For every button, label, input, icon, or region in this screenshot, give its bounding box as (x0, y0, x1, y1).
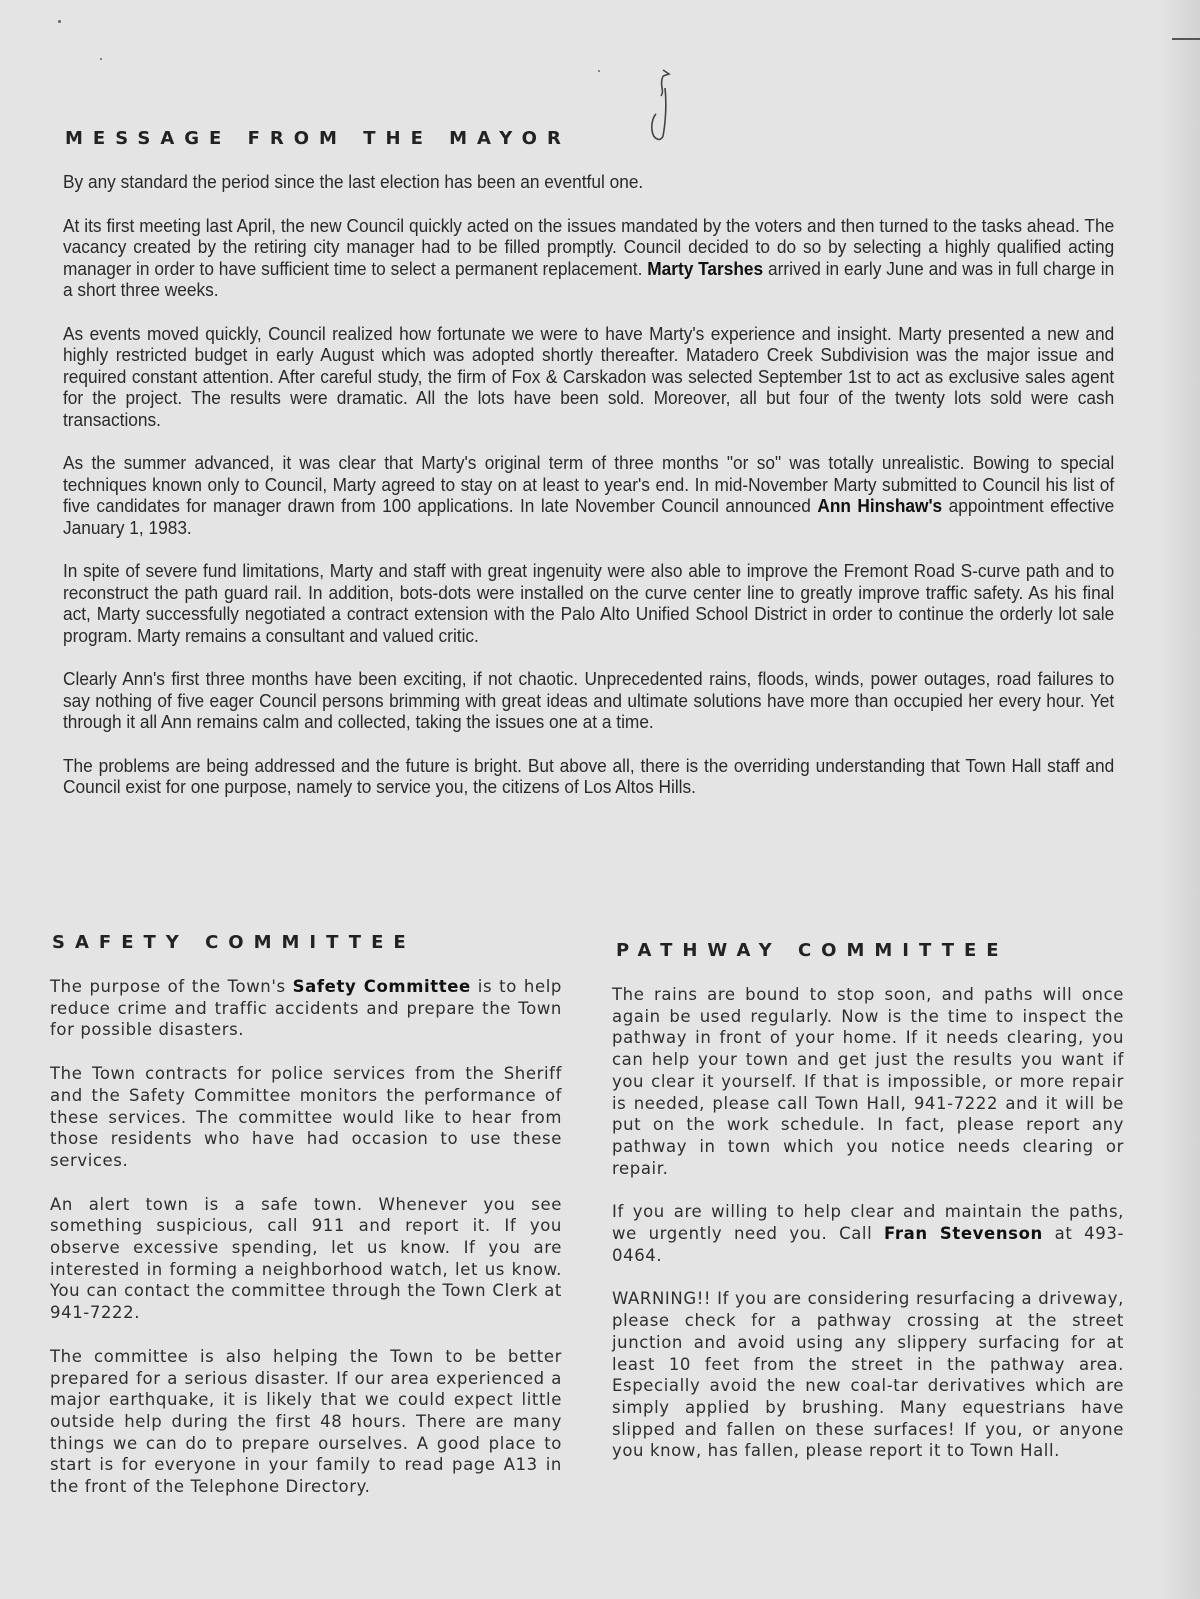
pathway-paragraph: If you are willing to help clear and mai… (612, 1201, 1124, 1266)
paragraph-text: The problems are being addressed and the… (63, 756, 1114, 798)
scan-speck (58, 20, 61, 23)
mayor-heading: MESSAGE FROM THE MAYOR (65, 128, 571, 149)
mayor-message: By any standard the period since the las… (63, 172, 1158, 821)
pathway-committee-heading: PATHWAY COMMITTEE (616, 940, 1009, 961)
pathway-committee-column: The rains are bound to stop soon, and pa… (612, 984, 1124, 1484)
safety-committee-column: The purpose of the Town's Safety Committ… (50, 976, 562, 1520)
page-edge-shadow (1160, 0, 1200, 1599)
mayor-paragraph: As events moved quickly, Council realize… (63, 324, 1114, 432)
safety-paragraph: An alert town is a safe town. Whenever y… (50, 1194, 562, 1324)
safety-paragraph: The committee is also helping the Town t… (50, 1346, 562, 1498)
contact-name-bold: Fran Stevenson (884, 1224, 1043, 1243)
paragraph-text: Clearly Ann's first three months have be… (63, 669, 1114, 732)
scan-speck (598, 70, 600, 72)
safety-paragraph: The purpose of the Town's Safety Committ… (50, 976, 562, 1041)
page-edge-mark (1172, 38, 1200, 40)
mayor-paragraph: By any standard the period since the las… (63, 172, 1114, 194)
committee-name-bold: Safety Committee (293, 977, 471, 996)
safety-paragraph: The Town contracts for police services f… (50, 1063, 562, 1172)
mayor-paragraph: The problems are being addressed and the… (63, 756, 1114, 799)
safety-committee-heading: SAFETY COMMITTEE (52, 932, 416, 953)
scan-speck (100, 58, 102, 60)
mayor-paragraph: As the summer advanced, it was clear tha… (63, 453, 1114, 539)
mayor-paragraph: In spite of severe fund limitations, Mar… (63, 561, 1114, 647)
pathway-paragraph: The rains are bound to stop soon, and pa… (612, 984, 1124, 1179)
mayor-paragraph: At its first meeting last April, the new… (63, 216, 1114, 302)
mayor-paragraph: Clearly Ann's first three months have be… (63, 669, 1114, 734)
handwritten-mark-icon (645, 66, 675, 146)
name-bold: Marty Tarshes (647, 259, 763, 279)
paragraph-text: By any standard the period since the las… (63, 172, 643, 192)
pathway-warning-paragraph: WARNING!! If you are considering resurfa… (612, 1288, 1124, 1462)
paragraph-text: In spite of severe fund limitations, Mar… (63, 561, 1114, 646)
paragraph-text: The purpose of the Town's (50, 977, 293, 996)
paragraph-text: As events moved quickly, Council realize… (63, 324, 1114, 430)
name-bold: Ann Hinshaw's (817, 496, 942, 516)
